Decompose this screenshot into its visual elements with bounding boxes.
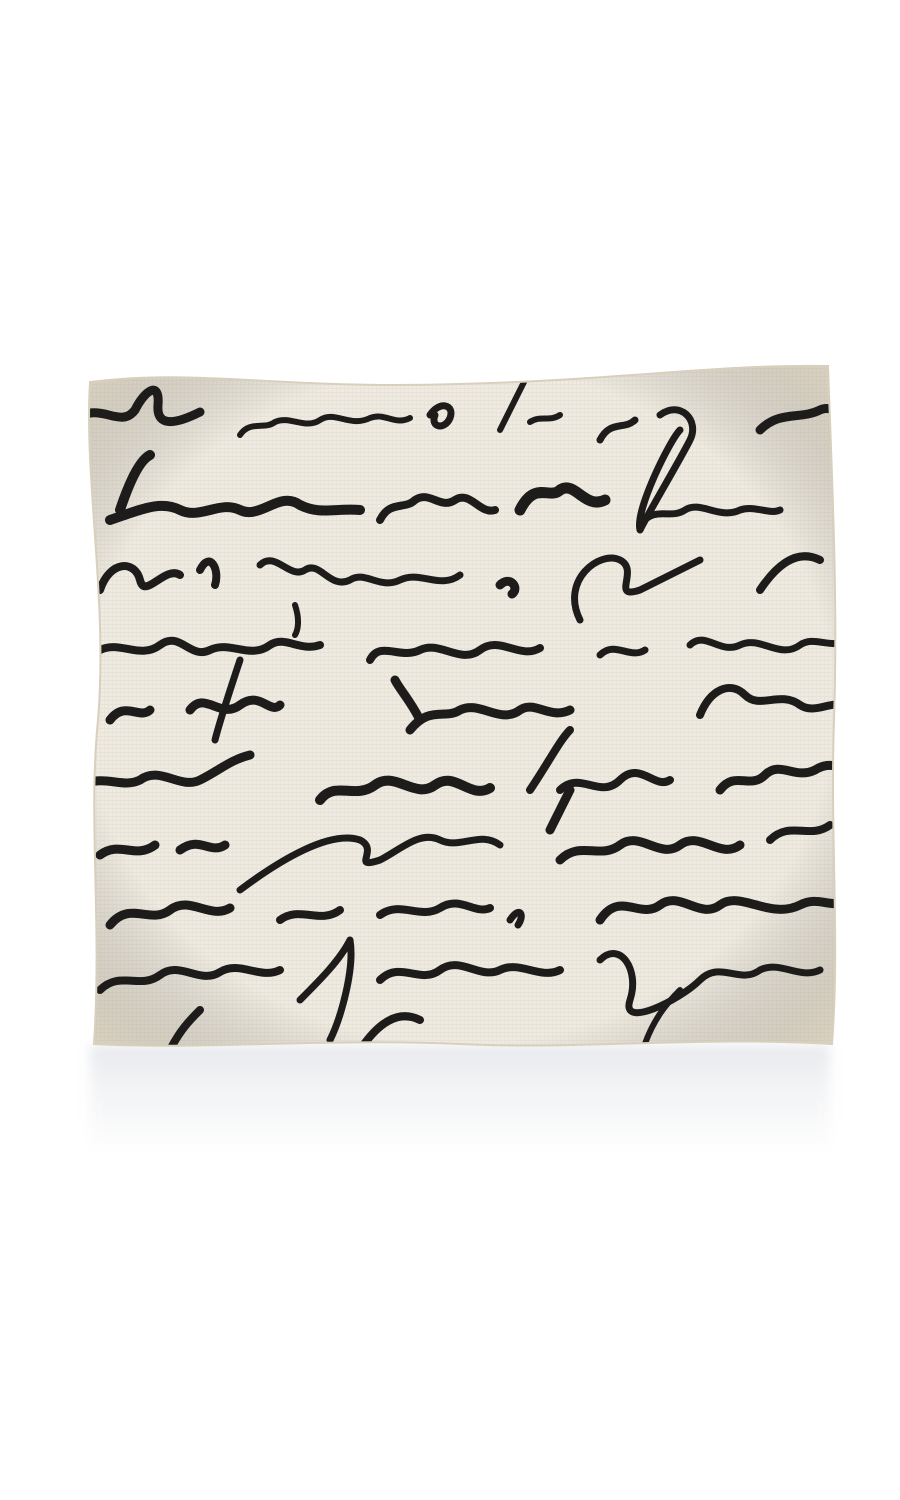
product-photo: Cream linen-textured pillow printed with… <box>0 0 900 1500</box>
pillow-reflection <box>90 1045 830 1155</box>
pillow <box>80 360 840 1050</box>
